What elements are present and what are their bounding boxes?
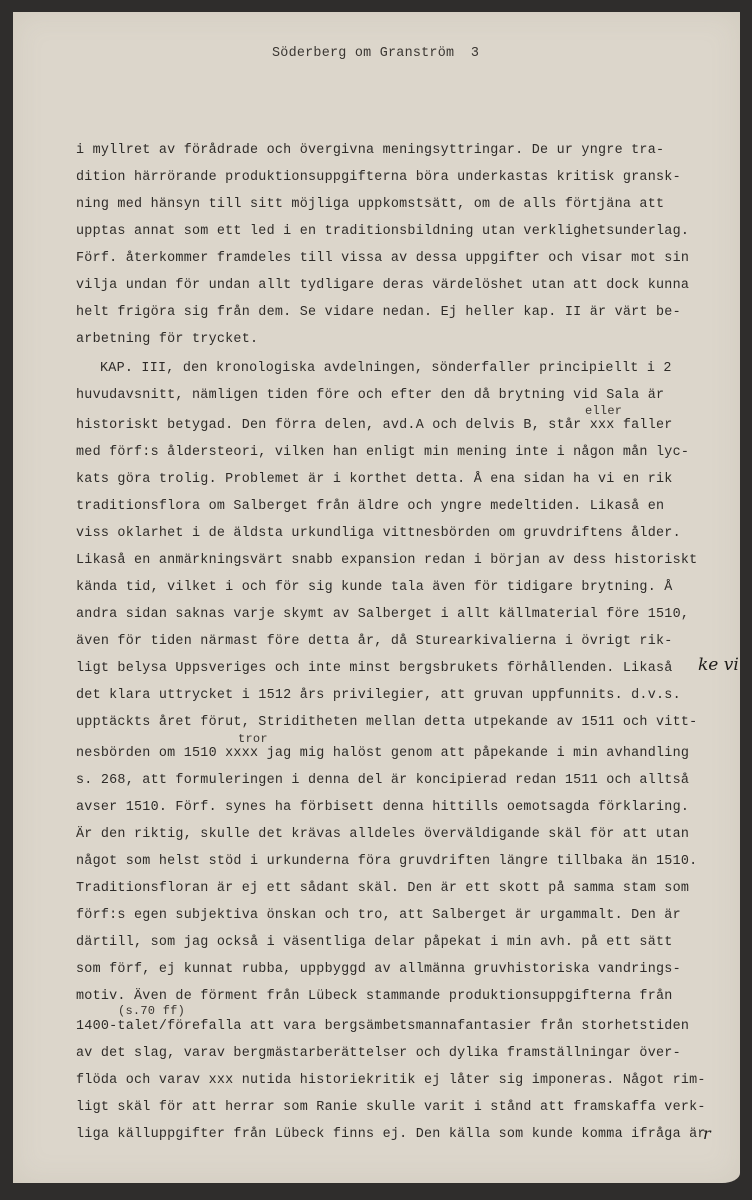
body-line: ligt belysa Uppsveriges och inte minst b… (76, 661, 673, 676)
body-line: KAP. III, den kronologiska avdelningen, … (100, 361, 672, 376)
body-line: liga källuppgifter från Lübeck finns ej.… (76, 1127, 706, 1142)
body-line: 1400-talet/förefalla att vara bergsämbet… (76, 1019, 689, 1034)
body-line: kända tid, vilket i och för sig kunde ta… (76, 580, 673, 595)
body-line: historiskt betygad. Den förra delen, avd… (76, 418, 673, 433)
body-line: vilja undan för undan allt tydligare der… (76, 278, 689, 293)
body-line: även för tiden närmast före detta år, då… (76, 634, 673, 649)
body-line: nesbörden om 1510 xxxx jag mig halöst ge… (76, 746, 689, 761)
body-line: det klara uttrycket i 1512 års privilegi… (76, 688, 681, 703)
body-line: ligt skäl för att herrar som Ranie skull… (76, 1100, 706, 1115)
body-line: arbetning för trycket. (76, 332, 258, 347)
body-line: med förf:s åldersteori, vilken han enlig… (76, 445, 689, 460)
body-line: något som helst stöd i urkunderna föra g… (76, 854, 697, 869)
running-header: Söderberg om Granström 3 (272, 46, 479, 61)
body-line: traditionsflora om Salberget från äldre … (76, 499, 664, 514)
body-line: dition härrörande produktionsuppgifterna… (76, 170, 681, 185)
body-line: s. 268, att formuleringen i denna del är… (76, 773, 689, 788)
body-line: som förf, ej kunnat rubba, uppbyggd av a… (76, 962, 681, 977)
body-line: Förf. återkommer framdeles till vissa av… (76, 251, 689, 266)
body-line: helt frigöra sig från dem. Se vidare ned… (76, 305, 681, 320)
body-line: Traditionsfloran är ej ett sådant skäl. … (76, 881, 689, 896)
body-line: kats göra trolig. Problemet är i korthet… (76, 472, 673, 487)
body-line: andra sidan saknas varje skymt av Salber… (76, 607, 689, 622)
interlinear-correction: eller (585, 404, 622, 418)
body-line: flöda och varav xxx nutida historiekriti… (76, 1073, 706, 1088)
body-line: förf:s egen subjektiva önskan och tro, a… (76, 908, 681, 923)
body-line: ning med hänsyn till sitt möjliga uppkom… (76, 197, 664, 212)
body-line: därtill, som jag också i väsentliga dela… (76, 935, 673, 950)
body-line: huvudavsnitt, nämligen tiden före och ef… (76, 388, 664, 403)
body-line: i myllret av förådrade och övergivna men… (76, 143, 664, 158)
body-line: motiv. Även de förment från Lübeck stamm… (76, 989, 673, 1004)
body-line: avser 1510. Förf. synes ha förbisett den… (76, 800, 689, 815)
body-line: upptäckts året förut, Striditheten mella… (76, 715, 697, 730)
body-line: upptas annat som ett led i en traditions… (76, 224, 689, 239)
body-line: Är den riktig, skulle det krävas alldele… (76, 827, 689, 842)
body-line: Likaså en anmärkningsvärt snabb expansio… (76, 553, 697, 568)
interlinear-page-reference: (s.70 ff) (118, 1004, 185, 1018)
handwritten-margin-note: ke vi (698, 655, 739, 675)
handwritten-end-mark: r (703, 1124, 711, 1143)
body-line: viss oklarhet i de äldsta urkundliga vit… (76, 526, 681, 541)
interlinear-correction: tror (238, 732, 268, 746)
body-line: av det slag, varav bergmästarberättelser… (76, 1046, 681, 1061)
